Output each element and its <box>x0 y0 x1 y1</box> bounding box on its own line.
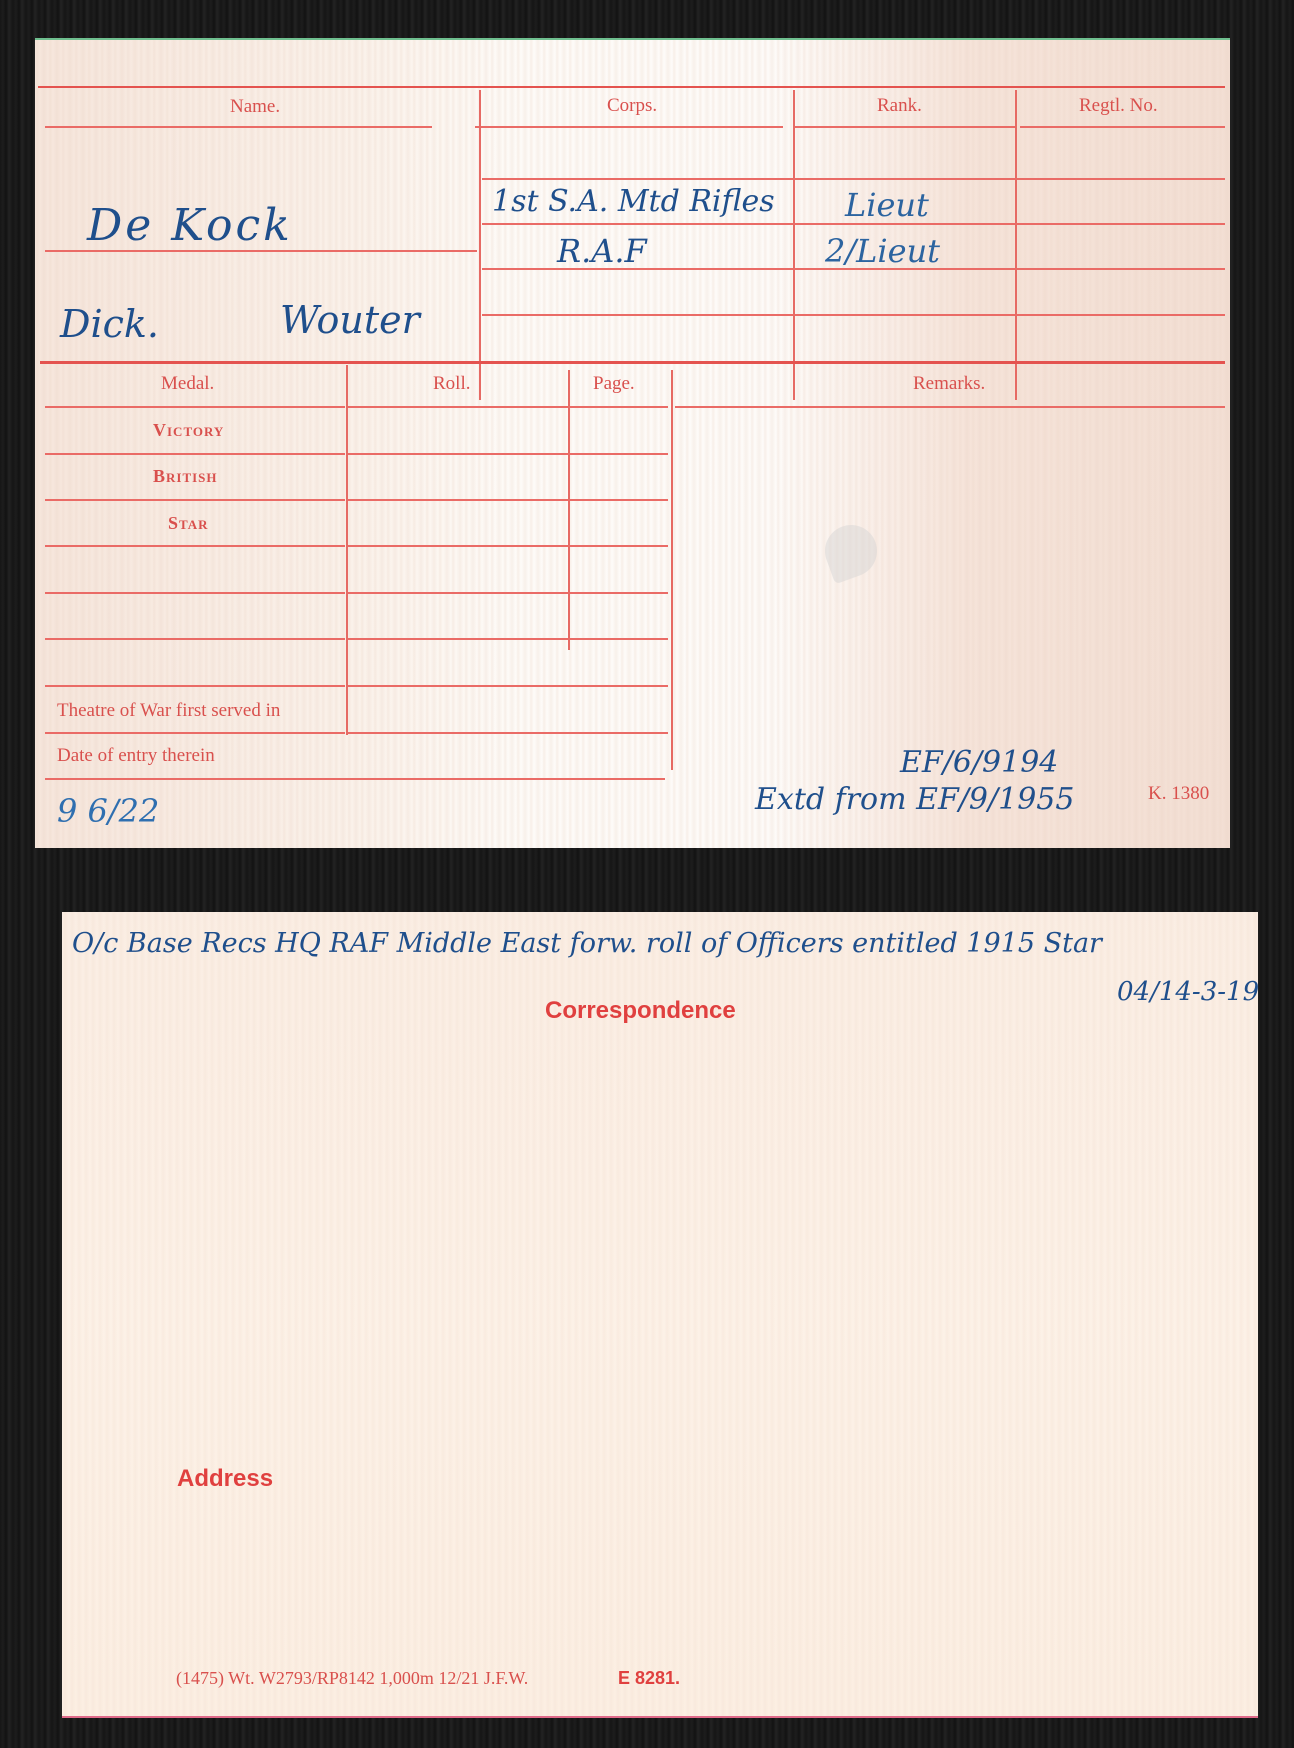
corps-header: Corps. <box>607 95 657 117</box>
rank-entry-2: 2/Lieut <box>825 232 940 270</box>
medal-index-card-back: O/c Base Recs HQ RAF Middle East forw. r… <box>62 912 1258 1718</box>
rank-header-rule <box>795 126 1017 128</box>
corps-entry-2: R.A.F <box>557 232 647 270</box>
page-header: Page. <box>593 373 635 395</box>
rank-entry-1: Lieut <box>845 186 929 224</box>
theatre-label: Theatre of War first served in <box>57 700 280 722</box>
regtl-no-header: Regtl. No. <box>1079 95 1158 117</box>
form-code: K. 1380 <box>1148 783 1209 805</box>
date-entry-label: Date of entry therein <box>57 745 215 767</box>
medal-row-rule <box>45 638 345 640</box>
correspondence-ref: 04/14-3-19 <box>1117 977 1259 1007</box>
medal-row-rule <box>45 545 345 547</box>
surname: De Kock <box>87 200 293 251</box>
date-row-rule <box>45 778 665 780</box>
medal-row-rule <box>45 499 345 501</box>
medal-row-rule <box>45 406 345 408</box>
printer-line: (1475) Wt. W2793/RP8142 1,000m 12/21 J.F… <box>176 1668 528 1689</box>
medal-index-card-front: Name. Corps. Rank. Regtl. No. De Kock Di… <box>35 38 1230 848</box>
reference-2: Extd from EF/9/1955 <box>755 782 1074 817</box>
header-top-rule <box>38 86 1225 88</box>
roll-row-rule <box>348 406 668 408</box>
corps-entry-1: 1st S.A. Mtd Rifles <box>492 184 775 219</box>
rank-left-divider <box>793 90 795 400</box>
forename-2: Wouter <box>280 298 420 342</box>
correspondence-heading: Correspondence <box>545 997 736 1025</box>
roll-row-rule <box>348 592 668 594</box>
roll-row-rule <box>348 453 668 455</box>
remarks-header: Remarks. <box>913 373 985 395</box>
address-heading: Address <box>177 1465 273 1493</box>
theatre-row-rule <box>45 732 345 734</box>
printer-code: E 8281. <box>618 1668 680 1689</box>
corps-header-rule <box>475 126 783 128</box>
page-left-divider <box>568 370 570 650</box>
reference-1: EF/6/9194 <box>900 745 1058 780</box>
forename-1: Dick. <box>60 302 159 346</box>
medal-row-rule <box>45 453 345 455</box>
roll-row-rule <box>348 638 668 640</box>
medal-british: British <box>153 466 218 487</box>
remarks-left-divider <box>671 370 673 770</box>
stamp-mark-icon <box>818 518 885 585</box>
name-header: Name. <box>230 96 280 118</box>
regtl-left-divider <box>1015 90 1017 400</box>
rank-header: Rank. <box>877 95 922 117</box>
roll-row-rule <box>348 685 668 687</box>
row-rule-4 <box>482 314 1225 316</box>
theatre-row-rule <box>348 732 668 734</box>
roll-left-divider <box>346 365 348 735</box>
roll-row-rule <box>348 499 668 501</box>
roll-header: Roll. <box>433 373 470 395</box>
section-divider <box>40 361 1225 364</box>
remarks-row-rule <box>675 406 1225 408</box>
corps-left-divider <box>479 90 481 400</box>
bottom-left-note: 9 6/22 <box>57 792 159 830</box>
medal-header: Medal. <box>161 373 214 395</box>
row-rule-1 <box>482 178 1225 180</box>
medal-row-rule <box>45 685 345 687</box>
medal-star: Star <box>168 513 209 534</box>
medal-victory: Victory <box>153 420 224 441</box>
name-header-rule <box>45 126 432 128</box>
roll-row-rule <box>348 545 668 547</box>
regtl-header-rule <box>1020 126 1225 128</box>
correspondence-note: O/c Base Recs HQ RAF Middle East forw. r… <box>72 928 1102 959</box>
medal-row-rule <box>45 592 345 594</box>
